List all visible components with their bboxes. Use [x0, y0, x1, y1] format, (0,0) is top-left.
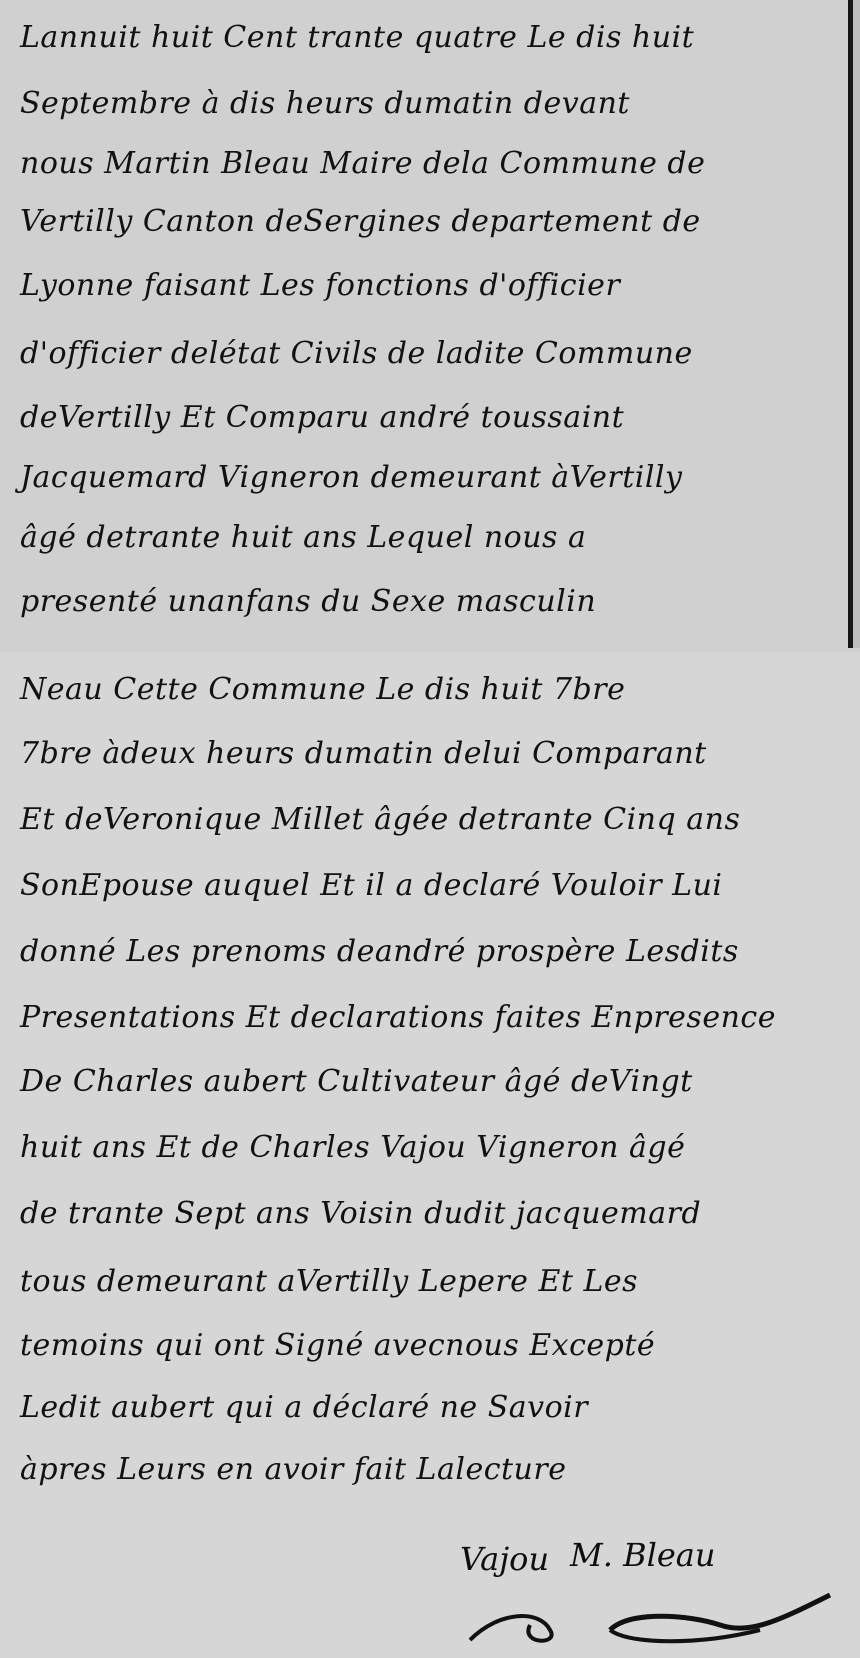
text-line: Presentations Et declarations faites Enp… — [20, 1000, 776, 1035]
text-line: de trante Sept ans Voisin dudit jacquema… — [20, 1196, 701, 1231]
text-line: donné Les prenoms deandré prospère Lesdi… — [20, 934, 739, 969]
upper-scan-fragment: Lannuit huit Cent trante quatre Le dis h… — [0, 0, 860, 652]
scanned-document-page: Lannuit huit Cent trante quatre Le dis h… — [0, 0, 860, 1658]
text-line: Ledit aubert qui a déclaré ne Savoir — [20, 1390, 588, 1425]
text-line: âgé detrante huit ans Lequel nous a — [20, 520, 586, 555]
signature-witness: Vajou — [460, 1540, 549, 1578]
text-line: Vertilly Canton deSergines departement d… — [20, 204, 701, 239]
text-line: presenté unanfans du Sexe masculin — [20, 584, 596, 619]
text-line: deVertilly Et Comparu andré toussaint — [20, 400, 624, 435]
signature-mayor: M. Bleau — [570, 1536, 715, 1574]
text-line: Lyonne faisant Les fonctions d'officier — [20, 268, 620, 303]
text-line: Jacquemard Vigneron demeurant àVertilly — [20, 460, 682, 495]
text-line: tous demeurant aVertilly Lepere Et Les — [20, 1264, 638, 1299]
text-line: nous Martin Bleau Maire dela Commune de — [20, 146, 705, 181]
lower-scan-fragment: Neau Cette Commune Le dis huit 7bre 7bre… — [0, 652, 860, 1658]
text-line: 7bre àdeux heurs dumatin delui Comparant — [20, 736, 707, 771]
text-line: Neau Cette Commune Le dis huit 7bre — [20, 672, 625, 707]
text-line: d'officier delétat Civils de ladite Comm… — [20, 336, 693, 371]
text-line: Lannuit huit Cent trante quatre Le dis h… — [20, 20, 694, 55]
text-line: Septembre à dis heurs dumatin devant — [20, 86, 630, 121]
text-line: De Charles aubert Cultivateur âgé deVing… — [20, 1064, 693, 1099]
paraph-flourish-icon — [460, 1590, 840, 1650]
text-line: SonEpouse auquel Et il a declaré Vouloir… — [20, 868, 723, 903]
page-edge — [853, 0, 860, 648]
text-line: Et deVeronique Millet âgée detrante Cinq… — [20, 802, 740, 837]
signature-block: Vajou M. Bleau — [460, 1540, 840, 1650]
text-line: huit ans Et de Charles Vajou Vigneron âg… — [20, 1130, 685, 1165]
text-line: àpres Leurs en avoir fait Lalecture — [20, 1452, 566, 1487]
text-line: temoins qui ont Signé avecnous Excepté — [20, 1328, 655, 1363]
